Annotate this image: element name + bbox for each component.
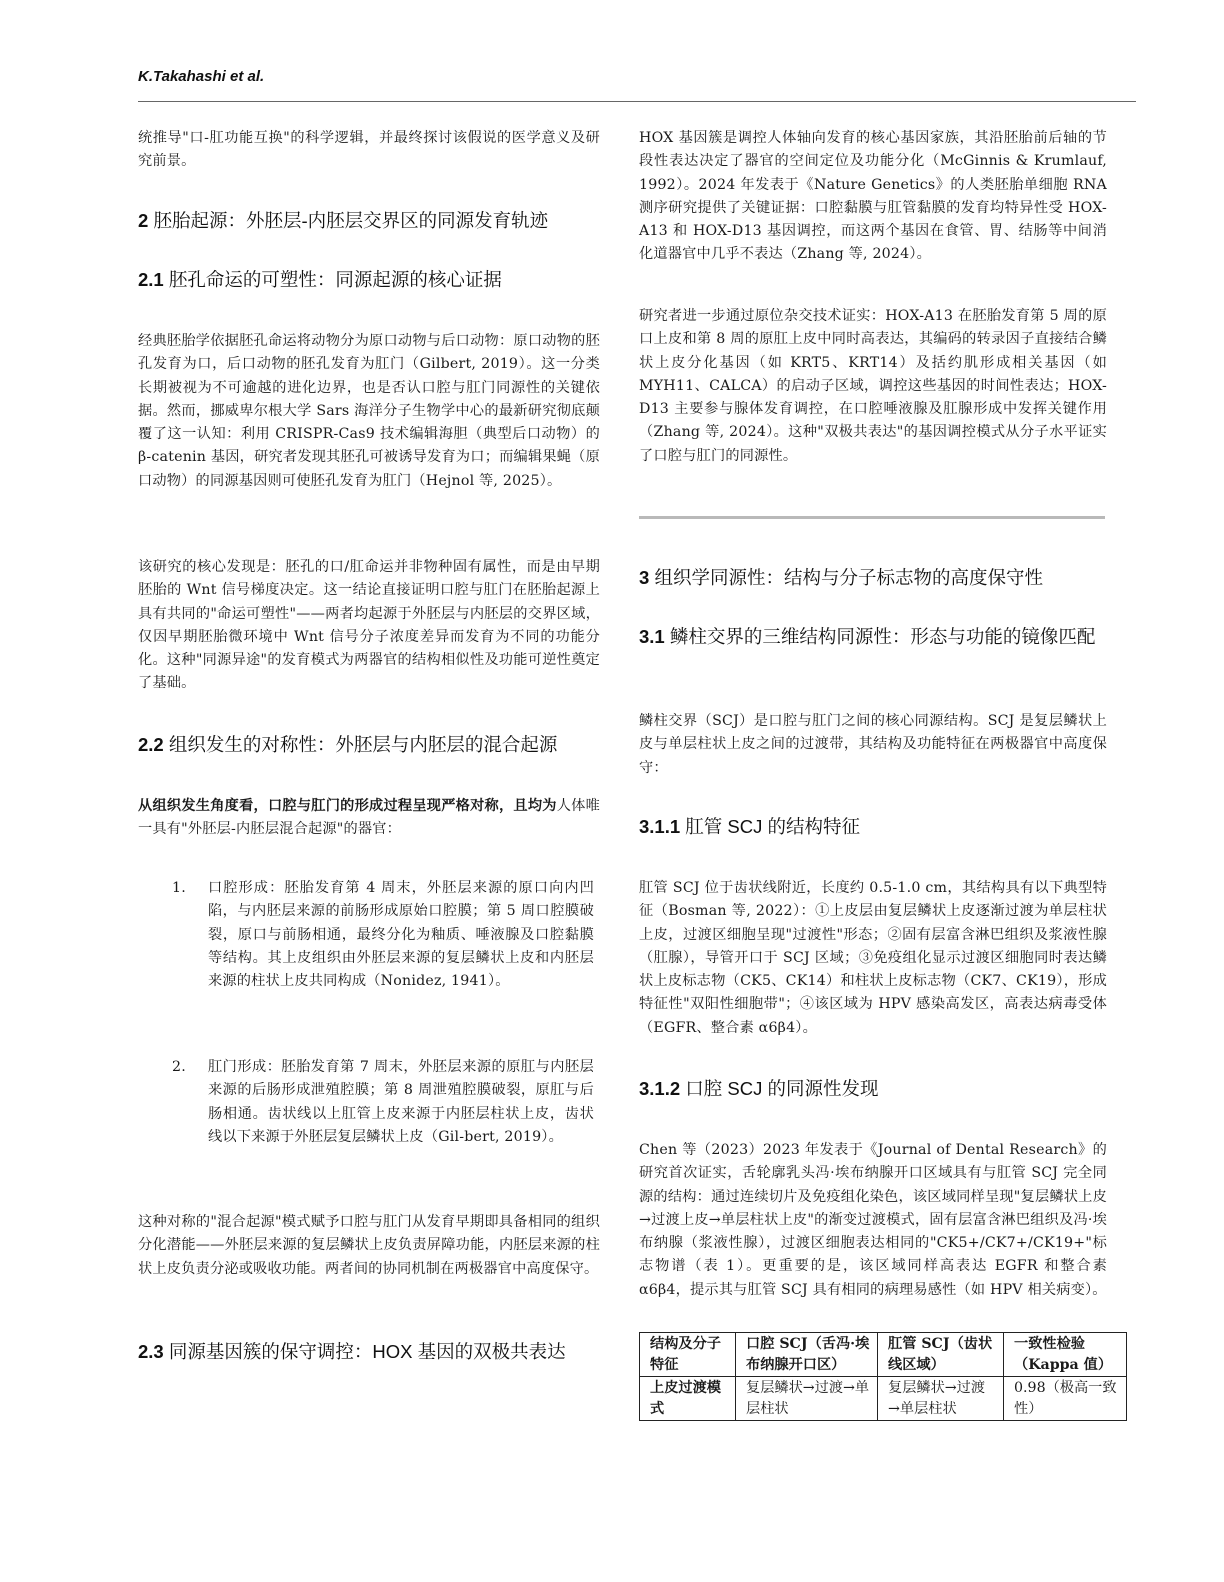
section-title: 鳞柱交界的三维结构同源性：形态与功能的镜像匹配 xyxy=(670,626,1096,647)
list-item-text: 口腔形成：胚胎发育第 4 周末，外胚层来源的原口向内凹陷，与内胚层来源的前肠形成… xyxy=(208,877,594,993)
paragraph-3-1-2: Chen 等（2023）2023 年发表于《Journal of Dental … xyxy=(639,1139,1107,1302)
running-head: K.Takahashi et al. xyxy=(138,68,264,85)
section-3-1-heading: 3.1 鳞柱交界的三维结构同源性：形态与功能的镜像匹配 xyxy=(639,625,1109,649)
paragraph-3-1-1: 肛管 SCJ 位于齿状线附近，长度约 0.5-1.0 cm，其结构具有以下典型特… xyxy=(639,877,1107,1040)
table-header-cell: 结构及分子特征 xyxy=(640,1333,736,1377)
section-number: 2.2 xyxy=(138,734,164,755)
section-2-1-heading: 2.1 胚孔命运的可塑性：同源起源的核心证据 xyxy=(138,268,608,292)
section-title: 胚胎起源：外胚层-内胚层交界区的同源发育轨迹 xyxy=(153,210,548,231)
section-number: 2 xyxy=(138,210,148,231)
paragraph-2-3-a: HOX 基因簇是调控人体轴向发育的核心基因家族，其沿胚胎前后轴的节段性表达决定了… xyxy=(639,127,1107,267)
list-item-text: 肛门形成：胚胎发育第 7 周末，外胚层来源的原肛与内胚层来源的后肠形成泄殖腔膜；… xyxy=(208,1056,594,1149)
lead-bold-text: 从组织发生角度看，口腔与肛门的形成过程呈现严格对称，且均为 xyxy=(138,798,557,814)
section-number: 3.1 xyxy=(639,626,665,647)
section-title: 组织学同源性：结构与分子标志物的高度保守性 xyxy=(654,567,1043,588)
table-cell: 复层鳞状→过渡→单层柱状 xyxy=(878,1377,1004,1421)
section-title: 组织发生的对称性：外胚层与内胚层的混合起源 xyxy=(169,734,558,755)
section-title: 同源基因簇的保守调控：HOX 基因的双极共表达 xyxy=(169,1341,566,1362)
list-marker: 1. xyxy=(172,877,186,900)
section-2-heading: 2 胚胎起源：外胚层-内胚层交界区的同源发育轨迹 xyxy=(138,209,608,233)
paragraph-2-3-b: 研究者进一步通过原位杂交技术证实：HOX-A13 在胚胎发育第 5 周的原口上皮… xyxy=(639,305,1107,468)
section-title: 肛管 SCJ 的结构特征 xyxy=(685,816,860,837)
section-number: 3.1.1 xyxy=(639,816,680,837)
list-marker: 2. xyxy=(172,1056,186,1079)
table-cell: 上皮过渡模式 xyxy=(640,1377,736,1421)
intro-tail-paragraph: 统推导"口-肛功能互换"的科学逻辑，并最终探讨该假说的医学意义及研究前景。 xyxy=(138,127,600,174)
section-number: 3.1.2 xyxy=(639,1078,680,1099)
table-header-cell: 口腔 SCJ（舌冯·埃布纳腺开口区） xyxy=(736,1333,878,1377)
table-row: 上皮过渡模式 复层鳞状→过渡→单层柱状 复层鳞状→过渡→单层柱状 0.98（极高… xyxy=(640,1377,1127,1421)
section-number: 3 xyxy=(639,567,649,588)
table-cell: 0.98（极高一致性） xyxy=(1004,1377,1127,1421)
paragraph-2-2-tail: 这种对称的"混合起源"模式赋予口腔与肛门从发育早期即具备相同的组织分化潜能——外… xyxy=(138,1211,600,1281)
section-3-heading: 3 组织学同源性：结构与分子标志物的高度保守性 xyxy=(639,566,1109,590)
table-header-row: 结构及分子特征 口腔 SCJ（舌冯·埃布纳腺开口区） 肛管 SCJ（齿状线区域）… xyxy=(640,1333,1127,1377)
paragraph-2-1-a: 经典胚胎学依据胚孔命运将动物分为原口动物与后口动物：原口动物的胚孔发育为口，后口… xyxy=(138,330,600,493)
section-number: 2.1 xyxy=(138,269,164,290)
section-2-2-heading: 2.2 组织发生的对称性：外胚层与内胚层的混合起源 xyxy=(138,733,608,757)
section-3-1-2-heading: 3.1.2 口腔 SCJ 的同源性发现 xyxy=(639,1077,1109,1101)
paragraph-2-2-lead: 从组织发生角度看，口腔与肛门的形成过程呈现严格对称，且均为人体唯一具有"外胚层-… xyxy=(138,795,600,842)
table-header-cell: 一致性检验（Kappa 值） xyxy=(1004,1333,1127,1377)
section-title: 胚孔命运的可塑性：同源起源的核心证据 xyxy=(169,269,502,290)
section-3-1-1-heading: 3.1.1 肛管 SCJ 的结构特征 xyxy=(639,815,1109,839)
paragraph-2-1-b: 该研究的核心发现是：胚孔的口/肛命运并非物种固有属性，而是由早期胚胎的 Wnt … xyxy=(138,556,600,696)
header-rule xyxy=(138,101,1136,102)
section-title: 口腔 SCJ 的同源性发现 xyxy=(685,1078,878,1099)
paragraph-3-1: 鳞柱交界（SCJ）是口腔与肛门之间的核心同源结构。SCJ 是复层鳞状上皮与单层柱… xyxy=(639,710,1107,780)
table-cell: 复层鳞状→过渡→单层柱状 xyxy=(736,1377,878,1421)
table-1: 结构及分子特征 口腔 SCJ（舌冯·埃布纳腺开口区） 肛管 SCJ（齿状线区域）… xyxy=(639,1332,1127,1421)
section-2-3-heading: 2.3 同源基因簇的保守调控：HOX 基因的双极共表达 xyxy=(138,1340,618,1364)
section-divider xyxy=(639,516,1105,519)
table-header-cell: 肛管 SCJ（齿状线区域） xyxy=(878,1333,1004,1377)
section-number: 2.3 xyxy=(138,1341,164,1362)
